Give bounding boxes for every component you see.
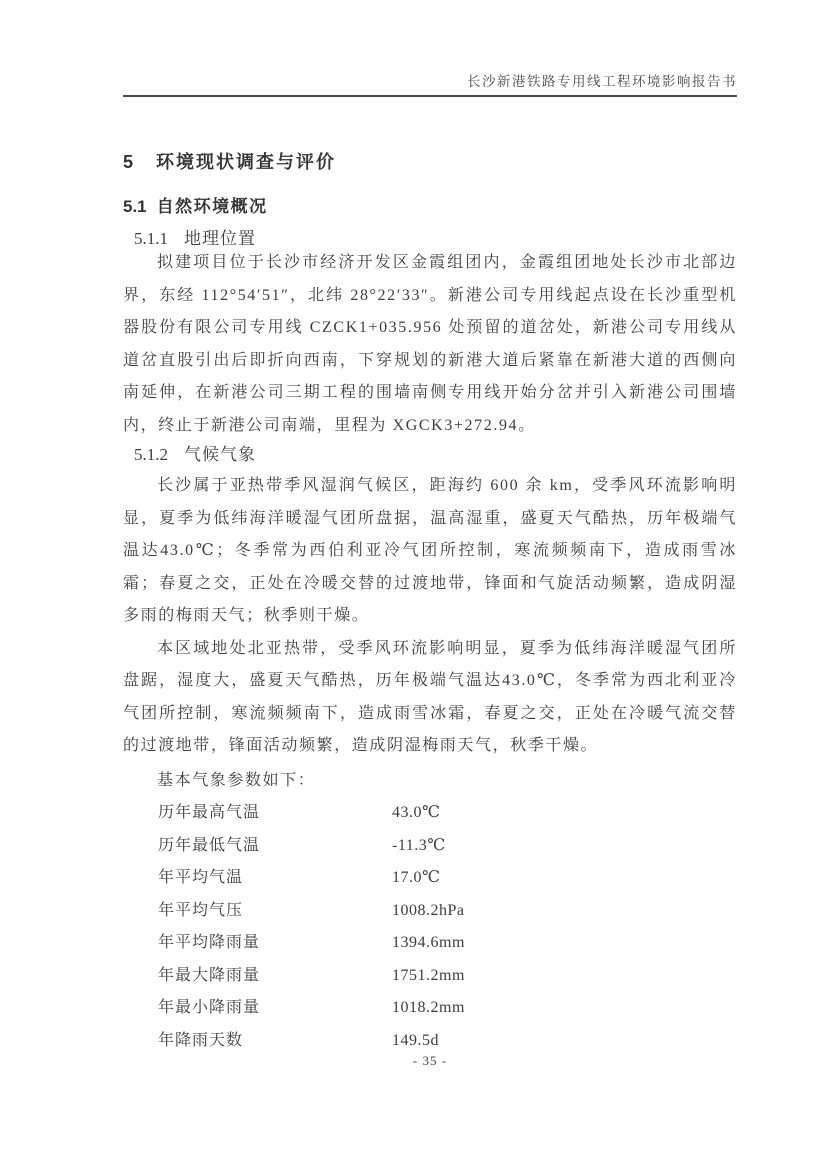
paragraph-climate-1: 长沙属于亚热带季风湿润气候区，距海约 600 余 km，受季风环流影响明显，夏季… xyxy=(123,470,737,633)
report-title: 长沙新港铁路专用线工程环境影响报告书 xyxy=(467,74,737,89)
param-value: 1018.2mm xyxy=(392,992,465,1025)
param-label: 年平均气温 xyxy=(158,869,243,886)
param-label: 历年最高气温 xyxy=(158,804,260,821)
param-row: 年平均气压 1008.2hPa xyxy=(123,895,737,928)
document-page: 长沙新港铁路专用线工程环境影响报告书 5环境现状调查与评价 5.1自然环境概况 … xyxy=(0,0,827,1169)
page-number: - 35 - xyxy=(123,1053,737,1069)
param-value: 43.0℃ xyxy=(392,797,440,830)
heading-number: 5 xyxy=(123,152,133,172)
param-row: 年平均气温 17.0℃ xyxy=(123,862,737,895)
heading-title: 环境现状调查与评价 xyxy=(156,152,336,172)
weather-parameter-list: 历年最高气温 43.0℃ 历年最低气温 -11.3℃ 年平均气温 17.0℃ 年… xyxy=(123,797,737,1057)
heading-number: 5.1 xyxy=(123,197,147,216)
param-row: 年平均降雨量 1394.6mm xyxy=(123,927,737,960)
heading-title: 地理位置 xyxy=(184,229,256,248)
heading-section-5-1-2: 5.1.2气候气象 xyxy=(134,444,737,466)
param-value: 1008.2hPa xyxy=(392,895,465,928)
heading-number: 5.1.1 xyxy=(134,229,168,248)
param-row: 历年最低气温 -11.3℃ xyxy=(123,830,737,863)
running-header: 长沙新港铁路专用线工程环境影响报告书 xyxy=(123,74,737,97)
page-content: 5环境现状调查与评价 5.1自然环境概况 5.1.1地理位置 拟建项目位于长沙市… xyxy=(123,152,737,1057)
page-number-text: - 35 - xyxy=(413,1053,447,1068)
param-row: 年最小降雨量 1018.2mm xyxy=(123,992,737,1025)
param-label: 年平均气压 xyxy=(158,902,243,919)
param-value: 17.0℃ xyxy=(392,862,440,895)
param-value: 1751.2mm xyxy=(392,960,465,993)
heading-title: 气候气象 xyxy=(184,445,256,464)
param-label: 年最大降雨量 xyxy=(158,967,260,984)
heading-title: 自然环境概况 xyxy=(157,197,268,216)
param-label: 年最小降雨量 xyxy=(158,999,260,1016)
heading-section-5-1: 5.1自然环境概况 xyxy=(123,196,737,218)
heading-number: 5.1.2 xyxy=(134,445,168,464)
paragraph-geography: 拟建项目位于长沙市经济开发区金霞组团内，金霞组团地处长沙市北部边界，东经 112… xyxy=(123,247,737,442)
param-label: 年降雨天数 xyxy=(158,1032,243,1049)
param-value: -11.3℃ xyxy=(392,830,446,863)
param-label: 年平均降雨量 xyxy=(158,934,260,951)
param-row: 历年最高气温 43.0℃ xyxy=(123,797,737,830)
paragraph-params-intro: 基本气象参数如下： xyxy=(123,765,737,798)
param-label: 历年最低气温 xyxy=(158,837,260,854)
param-row: 年最大降雨量 1751.2mm xyxy=(123,960,737,993)
param-value: 1394.6mm xyxy=(392,927,465,960)
heading-section-5: 5环境现状调查与评价 xyxy=(123,152,737,172)
paragraph-climate-2: 本区域地处北亚热带，受季风环流影响明显，夏季为低纬海洋暖湿气团所盘踞，湿度大，盛… xyxy=(123,633,737,763)
